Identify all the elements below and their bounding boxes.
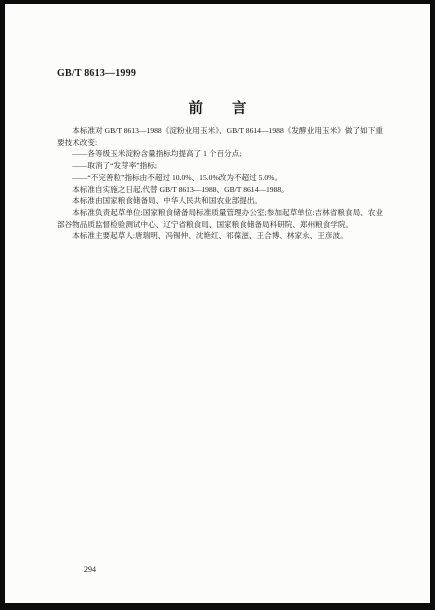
page-number: 294 (84, 565, 96, 574)
foreword-list-item: ——“不完善粒”指标由不超过 10.0%、15.0%改为不超过 5.0%。 (57, 172, 383, 184)
foreword-body: 本标准对 GB/T 8613—1988《淀粉业用玉米》、GB/T 8614—19… (57, 125, 383, 242)
standard-number: GB/T 8613—1999 (57, 68, 136, 79)
foreword-paragraph: 本标准对 GB/T 8613—1988《淀粉业用玉米》、GB/T 8614—19… (57, 125, 383, 148)
foreword-list-item: ——取消了“发芽率”指标; (57, 160, 383, 172)
scanned-page-frame: GB/T 8613—1999 前 言 本标准对 GB/T 8613—1988《淀… (0, 0, 435, 610)
document-page: GB/T 8613—1999 前 言 本标准对 GB/T 8613—1988《淀… (5, 4, 430, 603)
foreword-paragraph: 本标准负责起草单位:国家粮食储备局标准质量管理办公室;参加起草单位:吉林省粮食局… (57, 207, 383, 230)
foreword-paragraph: 本标准由国家粮食储备局、中华人民共和国农业部提出。 (57, 195, 383, 207)
foreword-title: 前 言 (5, 97, 430, 118)
foreword-list-item: ——各等级玉米淀粉含量指标均提高了 1 个百分点; (57, 148, 383, 160)
foreword-paragraph: 本标准自实施之日起,代替 GB/T 8613—1988、GB/T 8614—19… (57, 184, 383, 196)
foreword-paragraph: 本标准主要起草人:唐瑞明、冯锡仲、沈艳红、祁葆滋、王合博、林家永、王彦波。 (57, 230, 383, 242)
